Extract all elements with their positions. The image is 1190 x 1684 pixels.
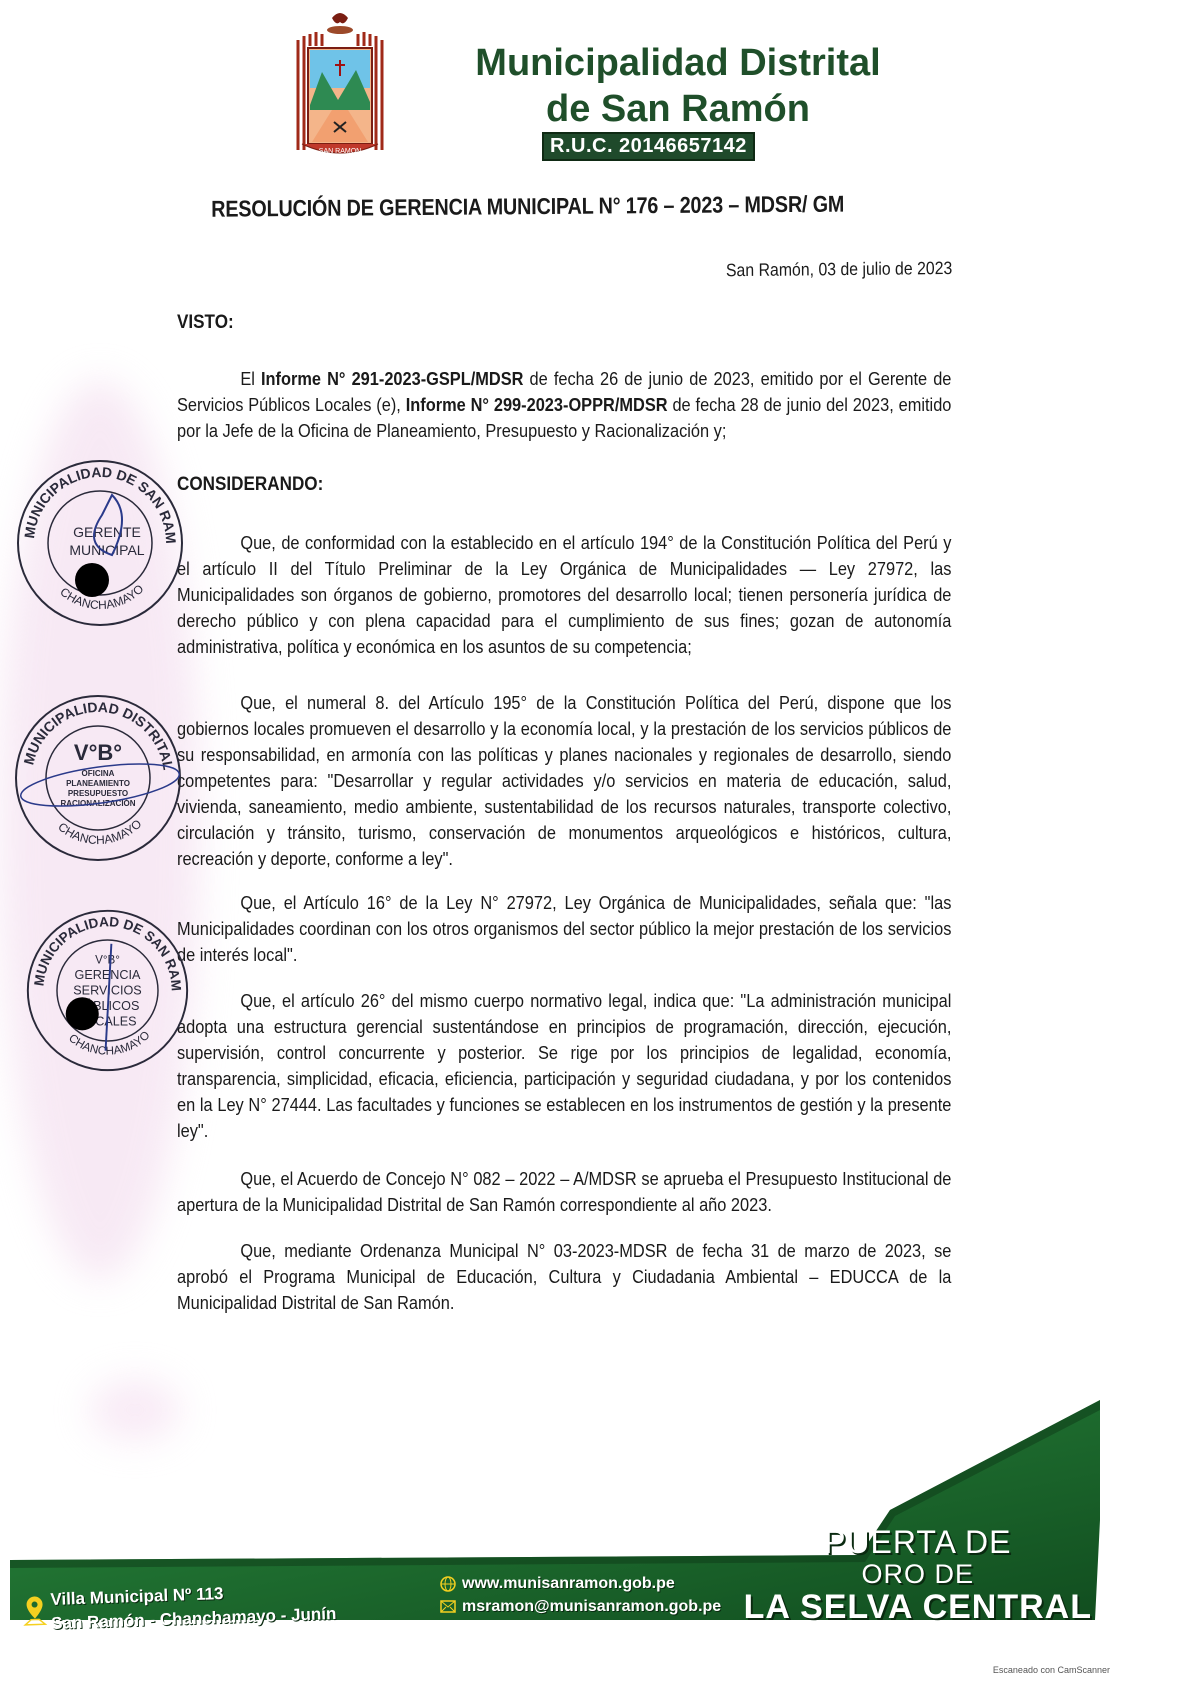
considerando-paragraph: Que, de conformidad con la establecido e… — [177, 530, 951, 660]
footer-address: Villa Municipal Nº 113 San Ramón - Chanc… — [50, 1578, 337, 1636]
informe-ref-1: Informe N° 291-2023-GSPL/MDSR — [261, 368, 523, 389]
globe-icon — [440, 1576, 456, 1592]
footer-contact: www.munisanramon.gob.pe msramon@munisanr… — [440, 1572, 721, 1618]
org-name-line1: Municipalidad Distrital — [418, 40, 938, 86]
svg-text:MUNICIPAL: MUNICIPAL — [69, 542, 144, 558]
mail-icon — [440, 1600, 456, 1613]
redaction-dot-icon — [66, 997, 99, 1030]
email-link[interactable]: msramon@munisanramon.gob.pe — [462, 1595, 721, 1618]
visto-heading: VISTO: — [177, 312, 234, 334]
servicios-publicos-stamp: MUNICIPALIDAD DE SAN RAMÓN CHANCHAMAYO V… — [22, 905, 192, 1075]
footer-slogan: PUERTA DE ORO DE LA SELVA CENTRAL — [744, 1524, 1092, 1626]
svg-text:GERENTE: GERENTE — [73, 524, 141, 540]
redaction-dot-icon — [75, 563, 109, 597]
considerando-paragraph: Que, el artículo 26° del mismo cuerpo no… — [177, 988, 951, 1144]
svg-text:SAN RAMON: SAN RAMON — [319, 148, 361, 155]
svg-text:PLANEAMIENTO: PLANEAMIENTO — [66, 779, 130, 788]
considerando-paragraph: Que, el numeral 8. del Artículo 195° de … — [177, 690, 951, 872]
considerando-paragraph: Que, el Acuerdo de Concejo N° 082 – 2022… — [177, 1166, 951, 1218]
informe-ref-2: Informe N° 299-2023-OPPR/MDSR — [406, 394, 668, 415]
municipal-crest-icon: SAN RAMON — [290, 10, 390, 160]
svg-text:V°B°: V°B° — [95, 953, 120, 966]
document-date: San Ramón, 03 de julio de 2023 — [726, 258, 952, 281]
website-link[interactable]: www.munisanramon.gob.pe — [462, 1572, 675, 1595]
location-pin-icon — [22, 1594, 47, 1629]
planeamiento-stamp: MUNICIPALIDAD DISTRITAL DE SAN CHANCHAMA… — [10, 690, 185, 865]
svg-text:PRESUPUESTO: PRESUPUESTO — [68, 789, 128, 798]
considerando-paragraph: Que, el Artículo 16° de la Ley N° 27972,… — [177, 890, 951, 968]
svg-text:GERENCIA: GERENCIA — [75, 968, 141, 982]
gerente-municipal-stamp: MUNICIPALIDAD DE SAN RAMÓN CHANCHAMAYO G… — [12, 455, 187, 630]
org-name-line2: de San Ramón — [418, 86, 938, 132]
svg-text:V°B°: V°B° — [74, 740, 122, 765]
considerando-heading: CONSIDERANDO: — [177, 474, 323, 496]
document-title: RESOLUCIÓN DE GERENCIA MUNICIPAL N° 176 … — [175, 190, 880, 223]
svg-text:OFICINA: OFICINA — [82, 769, 115, 778]
visto-paragraph: El Informe N° 291-2023-GSPL/MDSR de fech… — [177, 366, 951, 444]
considerando-paragraph: Que, mediante Ordenanza Municipal N° 03-… — [177, 1238, 951, 1316]
svg-text:SERVICIOS: SERVICIOS — [73, 983, 141, 997]
org-name: Municipalidad Distrital de San Ramón — [418, 40, 938, 132]
letterhead: SAN RAMON Municipalidad Distrital de San… — [290, 10, 930, 160]
scanner-watermark: Escaneado con CamScanner — [993, 1665, 1110, 1675]
ruc-badge: R.U.C. 20146657142 — [542, 132, 755, 161]
